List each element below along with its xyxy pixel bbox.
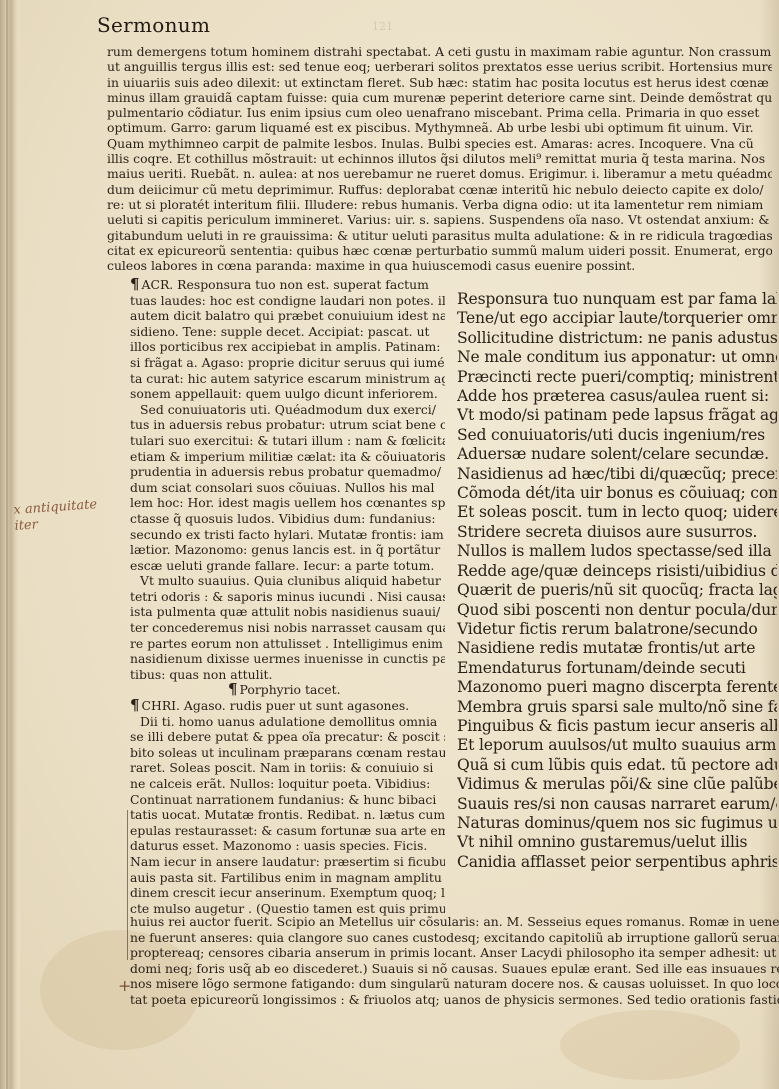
text-line: ista pulmenta quæ attulit nobis nasidien… <box>130 604 445 620</box>
text-line: proptereaq; censores cibaria anserum in … <box>130 945 779 961</box>
text-line-content: secundo ex tristi facto hylari. Mutatæ f… <box>130 527 444 542</box>
pilcrow-icon: ¶ <box>228 682 238 698</box>
text-line: raret. Soleas poscit. Nam in toriis: & c… <box>130 760 445 776</box>
marginal-cross-mark: + <box>118 976 131 995</box>
text-line-content: epulas restaurasset: & casum fortunæ sua… <box>130 823 445 838</box>
text-line-content: tuas laudes: hoc est condigne laudari no… <box>130 293 445 308</box>
text-line-content: illos porticibus rex accipiebat in ampli… <box>130 339 440 354</box>
text-line-content: dinem crescit iecur anserinum. Exemptum … <box>130 885 445 900</box>
commentary-top-block: rum demergens totum hominem distrahi spe… <box>107 44 772 273</box>
text-line-content: autem dicit balatro qui præbet conuiuium… <box>130 308 445 323</box>
text-line: prudentia in aduersis rebus probatur que… <box>130 464 445 480</box>
text-line-content: lem hoc: Hor. idest magis uellem hos cœn… <box>130 495 445 510</box>
text-line: Videtur fictis rerum balatrone/secundo <box>457 620 777 639</box>
text-line: re partes eorum non attulisset . Intelli… <box>130 636 445 652</box>
text-line: ne fuerunt anseres: quia clangore suo ca… <box>130 930 779 946</box>
text-line: tibus: quas non attulit. <box>130 667 445 683</box>
text-line: tatis uocat. Mutatæ frontis. Redibat. n.… <box>130 807 445 823</box>
text-line-content: Nam iecur in ansere laudatur: præsertim … <box>130 854 445 869</box>
text-line: sidieno. Tene: supple decet. Accipiat: p… <box>130 324 445 340</box>
text-line: pulmentario cõdiatur. Ius enim ipsius cu… <box>107 105 772 120</box>
text-line-content: Sed conuiuatoris uti. Quéadmodum dux exe… <box>140 402 436 417</box>
text-line-content: dum sciat consolari suos cõuiuas. Nullos… <box>130 480 434 495</box>
text-line-content: tus in aduersis rebus probatur: utrum sc… <box>130 417 445 432</box>
text-line-content: sidieno. Tene: supple decet. Accipiat: p… <box>130 324 430 339</box>
text-line: epulas restaurasset: & casum fortunæ sua… <box>130 823 445 839</box>
text-line: Quã si cum lũbis quis edat. tũ pectore a… <box>457 756 777 775</box>
text-line: Quærit de pueris/nũ sit quocũq; fracta l… <box>457 581 777 600</box>
text-line: se illi debere putat & ppea oĩa precatur… <box>130 729 445 745</box>
text-line: autem dicit balatro qui præbet conuiuium… <box>130 308 445 324</box>
text-line-content: prudentia in aduersis rebus probatur que… <box>130 464 441 479</box>
text-line: Præcincti recte pueri/comptiq; ministren… <box>457 368 777 387</box>
text-line: Canidia afflasset peior serpentibus aphr… <box>457 853 777 872</box>
folio-number: 121 <box>372 20 393 33</box>
text-line: bito soleas ut inculinam præparans cœnam… <box>130 745 445 761</box>
text-line-content: CHRI. Agaso. rudis puer ut sunt agasones… <box>142 698 410 713</box>
text-line: Naturas dominus/quem nos sic fugimus ult… <box>457 814 777 833</box>
text-line: Sed conuiuatoris/uti ducis ingenium/res <box>457 426 777 445</box>
text-line: ne calceis erãt. Nullos: loquitur poeta.… <box>130 776 445 792</box>
text-line: Dii ti. homo uanus adulatione demollitus… <box>130 714 445 730</box>
text-line-content: ista pulmenta quæ attulit nobis nasidien… <box>130 604 440 619</box>
text-line: tulari suo exercitui: & tutari illum : n… <box>130 433 445 449</box>
text-line-content: ter concederemus nisi nobis narrasset ca… <box>130 620 445 635</box>
text-line-content: tulari suo exercitui: & tutari illum : n… <box>130 433 445 448</box>
text-line: Membra gruis sparsi sale multo/nõ sine f… <box>457 698 777 717</box>
text-line-content: daturus esset. Mazonomo : uasis species.… <box>130 838 427 853</box>
paper-stain <box>560 1010 740 1080</box>
text-line: ¶CHRI. Agaso. rudis puer ut sunt agasone… <box>130 698 445 714</box>
text-line-content: tetri odoris : & saporis minus iucundi .… <box>130 589 445 604</box>
text-line-content: bito soleas ut inculinam præparans cœnam… <box>130 745 445 760</box>
text-line: ¶ACR. Responsura tuo non est. superat fa… <box>130 277 445 293</box>
text-line: Ne male conditum ius apponatur: ut omnes <box>457 348 777 367</box>
text-line: ter concederemus nisi nobis narrasset ca… <box>130 620 445 636</box>
text-line: Et soleas poscit. tum in lecto quoq; uid… <box>457 503 777 522</box>
verse-text-column: Responsura tuo nunquam est par fama labo… <box>457 290 777 872</box>
text-line: Cõmoda dét/ita uir bonus es cõuiuaq; com… <box>457 484 777 503</box>
text-line: auis pasta sit. Fartilibus enim in magna… <box>130 870 445 886</box>
binding-gutter <box>0 0 20 1089</box>
text-line-content: ACR. Responsura tuo non est. superat fac… <box>142 277 429 292</box>
text-line-content: si frãgat a. Agaso: proprie dicitur seru… <box>130 355 445 370</box>
text-line: Nasidiene redis mutatæ frontis/ut arte <box>457 639 777 658</box>
text-line: daturus esset. Mazonomo : uasis species.… <box>130 838 445 854</box>
marginal-annotation: x antiquitate iter <box>13 497 99 535</box>
text-line: in uiuariis suis adeo dilexit: ut extinc… <box>107 75 772 90</box>
text-line: nos misere lõgo sermone fatigando: dum s… <box>130 976 779 992</box>
text-line-content: ctasse q̃ quosuis ludos. Vibidius dum: f… <box>130 511 436 526</box>
commentary-bottom-block: huius rei auctor fuerit. Scipio an Metel… <box>130 914 779 1008</box>
text-line: Nullos is mallem ludos spectasse/sed ill… <box>457 542 777 561</box>
text-line: tuas laudes: hoc est condigne laudari no… <box>130 293 445 309</box>
text-line: Suauis res/si non causas narraret earum/… <box>457 795 777 814</box>
text-line-content: etiam & imperium militiæ cælat: ita & cõ… <box>130 449 445 464</box>
text-line: Adde hos præterea casus/aulea ruent si: <box>457 387 777 406</box>
text-line: huius rei auctor fuerit. Scipio an Metel… <box>130 914 779 930</box>
text-line-content: raret. Soleas poscit. Nam in toriis: & c… <box>130 760 433 775</box>
text-line-content: se illi debere putat & ppea oĩa precatur… <box>130 729 445 744</box>
text-line: Et leporum auulsos/ut multo suauius armo… <box>457 736 777 755</box>
text-line: dum deiicimur cũ metu deprimimur. Ruffus… <box>107 182 772 197</box>
text-line-content: Vt multo suauius. Quia clunibus aliquid … <box>140 573 441 588</box>
text-line: Emendaturus fortunam/deinde secuti <box>457 659 777 678</box>
text-line: Vt multo suauius. Quia clunibus aliquid … <box>130 573 445 589</box>
text-line: Continuat narrationem fundanius: & hunc … <box>130 792 445 808</box>
text-line: Mazonomo pueri magno discerpta ferentes <box>457 678 777 697</box>
text-line: maius ueriti. Ruebãt. n. aulea: at nos u… <box>107 166 772 181</box>
text-line-content: nasidienum dixisse uermes inuenisse in c… <box>130 651 445 666</box>
text-line: illos porticibus rex accipiebat in ampli… <box>130 339 445 355</box>
text-line: culeos labores in cœna paranda: maxime i… <box>107 258 772 273</box>
text-line-content: lætior. Mazonomo: genus lancis est. in q… <box>130 542 440 557</box>
text-line: Sed conuiuatoris uti. Quéadmodum dux exe… <box>130 402 445 418</box>
text-line: citat ex epicureorũ sententia: quibus hæ… <box>107 243 772 258</box>
text-line: dinem crescit iecur anserinum. Exemptum … <box>130 885 445 901</box>
text-line: domi neq; foris usq̃ ab eo discederet.) … <box>130 961 779 977</box>
text-line: nasidienum dixisse uermes inuenisse in c… <box>130 651 445 667</box>
text-line: rum demergens totum hominem distrahi spe… <box>107 44 772 59</box>
text-line: ut anguillis tergus illis est: sed tenue… <box>107 59 772 74</box>
text-line: illis coqre. Et cothillus mõstrauit: ut … <box>107 151 772 166</box>
text-line-content: auis pasta sit. Fartilibus enim in magna… <box>130 870 442 885</box>
text-line: Tene/ut ego accipiar laute/torquerier om… <box>457 309 777 328</box>
text-line: si frãgat a. Agaso: proprie dicitur seru… <box>130 355 445 371</box>
text-line: lem hoc: Hor. idest magis uellem hos cœn… <box>130 495 445 511</box>
text-line: Nam iecur in ansere laudatur: præsertim … <box>130 854 445 870</box>
text-line: ¶Porphyrio tacet. <box>130 682 445 698</box>
text-line: etiam & imperium militiæ cælat: ita & cõ… <box>130 449 445 465</box>
text-line: escæ ueluti grande fallare. Iecur: a par… <box>130 558 445 574</box>
text-line: Stridere secreta diuisos aure susurros. <box>457 523 777 542</box>
text-line-content: ta curat: hic autem satyrice escarum min… <box>130 371 445 386</box>
text-line: Vt nihil omnino gustaremus/uelut illis <box>457 833 777 852</box>
book-page: Sermonum 121 rum demergens totum hominem… <box>0 0 779 1089</box>
text-line-content: Continuat narrationem fundanius: & hunc … <box>130 792 436 807</box>
text-line: secundo ex tristi facto hylari. Mutatæ f… <box>130 527 445 543</box>
text-line: optimum. Garro: garum liquamé est ex pis… <box>107 120 772 135</box>
running-head: Sermonum <box>97 13 210 37</box>
text-line: Aduersæ nudare solent/celare secundæ. <box>457 445 777 464</box>
text-line: tetri odoris : & saporis minus iucundi .… <box>130 589 445 605</box>
text-line: Pinguibus & ficis pastum iecur anseris a… <box>457 717 777 736</box>
text-line-content: Porphyrio tacet. <box>240 682 341 697</box>
commentary-left-column: ¶ACR. Responsura tuo non est. superat fa… <box>130 277 445 916</box>
text-line: sonem appellauit: quem uulgo dicunt infe… <box>130 386 445 402</box>
text-line: Quod sibi poscenti non dentur pocula/dum… <box>457 601 777 620</box>
text-line: ta curat: hic autem satyrice escarum min… <box>130 371 445 387</box>
text-line: Nasidienus ad hæc/tibi di/quæcũq; precer… <box>457 465 777 484</box>
text-line: Redde age/quæ deinceps risisti/uibidius … <box>457 562 777 581</box>
text-line-content: escæ ueluti grande fallare. Iecur: a par… <box>130 558 434 573</box>
pilcrow-icon: ¶ <box>130 277 140 293</box>
text-line: gitabundum ueluti in re grauissima: & ut… <box>107 228 772 243</box>
text-line: ctasse q̃ quosuis ludos. Vibidius dum: f… <box>130 511 445 527</box>
text-line-content: sonem appellauit: quem uulgo dicunt infe… <box>130 386 438 401</box>
text-line: re: ut si ploratét interitum filii. Illu… <box>107 197 772 212</box>
pilcrow-icon: ¶ <box>130 698 140 714</box>
text-line-content: re partes eorum non attulisset . Intelli… <box>130 636 443 651</box>
marginal-bracket <box>127 810 128 960</box>
text-line: tus in aduersis rebus probatur: utrum sc… <box>130 417 445 433</box>
text-line: Sollicitudine districtum: ne panis adust… <box>457 329 777 348</box>
text-line-content: ne calceis erãt. Nullos: loquitur poeta.… <box>130 776 430 791</box>
text-line: ueluti si capitis periculum immineret. V… <box>107 212 772 227</box>
text-line: tat poeta epicureorũ longissimos : & fri… <box>130 992 779 1008</box>
text-line-content: tatis uocat. Mutatæ frontis. Redibat. n.… <box>130 807 445 822</box>
text-line: Vt modo/si patinam pede lapsus frãgat ag… <box>457 406 777 425</box>
text-line: lætior. Mazonomo: genus lancis est. in q… <box>130 542 445 558</box>
text-line: minus illam grauidã captam fuisse: quia … <box>107 90 772 105</box>
text-line: dum sciat consolari suos cõuiuas. Nullos… <box>130 480 445 496</box>
text-line: Responsura tuo nunquam est par fama labo… <box>457 290 777 309</box>
text-line-content: Dii ti. homo uanus adulatione demollitus… <box>140 714 437 729</box>
text-line: Vidimus & merulas põi/& sine clũe palũbe… <box>457 775 777 794</box>
text-line-content: tibus: quas non attulit. <box>130 667 272 682</box>
binding-edge <box>6 0 8 1089</box>
text-line: Quam mythimneo carpit de palmite lesbos.… <box>107 136 772 151</box>
